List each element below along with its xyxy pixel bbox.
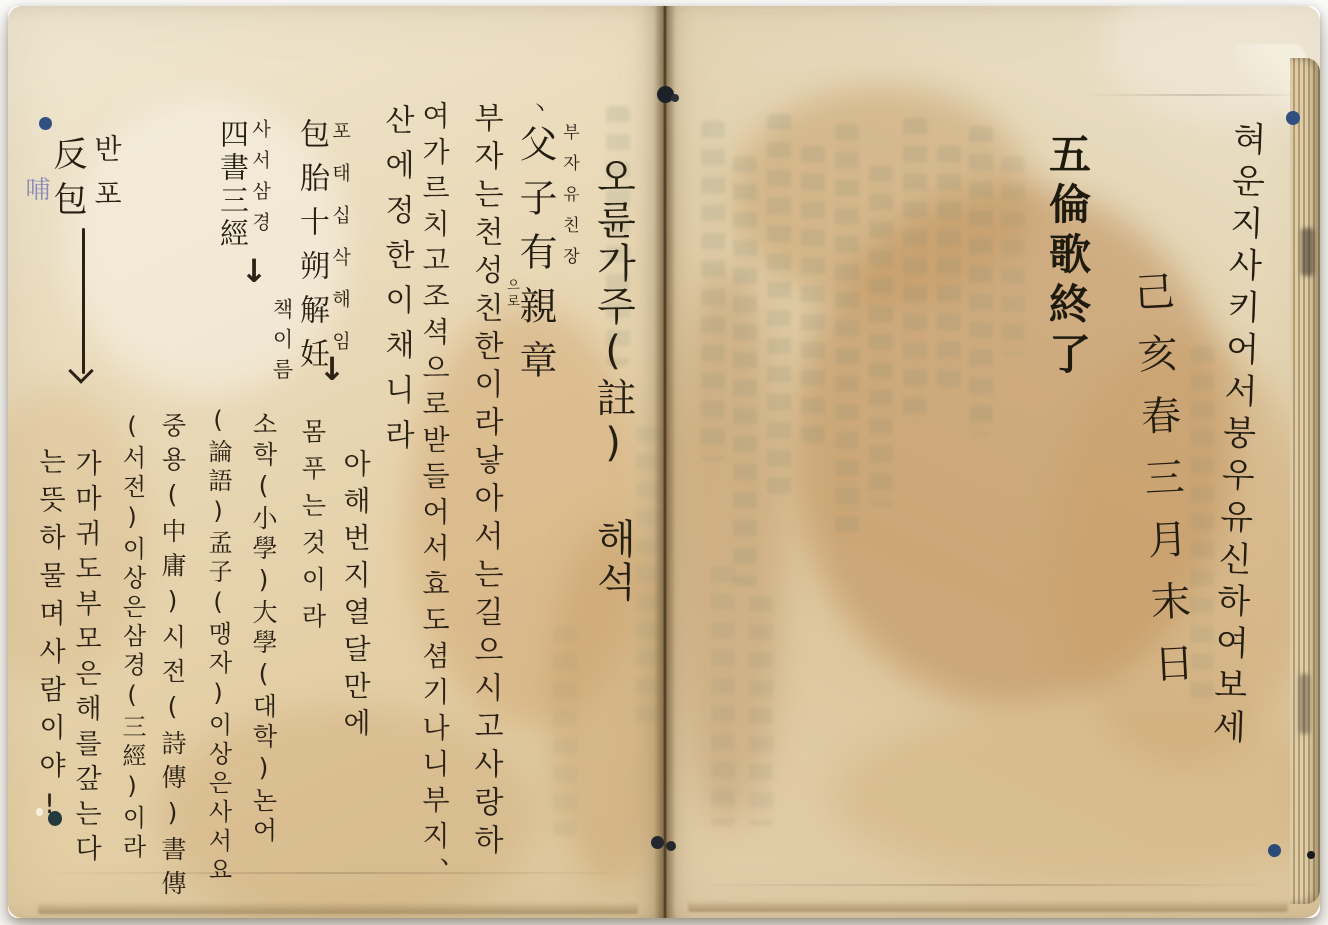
body-column-4: 아해번지열달만에 xyxy=(341,449,369,745)
page-bottom-edge xyxy=(38,902,638,914)
reading-mark: 丶 xyxy=(528,98,548,118)
stitch-hole-dot xyxy=(48,811,62,826)
right-page: 五倫歌終了 己亥春三月末日 혀운지사키어서붕우유신하여보세 xyxy=(663,6,1320,918)
body-column-2: 여가르치고조셕으로받들어서효도셤기나니부지、 xyxy=(420,101,448,893)
date-column: 己亥春三月末日 xyxy=(1130,270,1193,705)
manuscript-book: 오륜가주(註) 해석 부자유친장 丶 父子有親章 부자는천성친한이라낳아서는길으… xyxy=(8,6,1320,918)
crow-column-2: 는뜻하물며사람이야! xyxy=(36,447,63,831)
showthrough-column xyxy=(733,156,757,586)
fore-edge xyxy=(1290,58,1320,904)
chapter-ruby: 부자유친장 xyxy=(560,123,577,278)
books-column-4: (서전)이상은삼경(三經)이라 xyxy=(120,412,144,863)
books-column-3: 중용(中庸)시전(詩傳)書傳 xyxy=(160,412,185,904)
gutter-stitch-bottom-small xyxy=(666,841,676,851)
inline-insertion: 으로 xyxy=(505,278,518,310)
stitch-hole-dot xyxy=(1286,111,1300,125)
end-title-column: 五倫歌終了 xyxy=(1046,132,1088,382)
showthrough-column xyxy=(701,121,725,461)
note-potae-korean: 포태십삭해임 xyxy=(330,121,349,373)
showthrough-column xyxy=(1001,156,1025,356)
gutter-stitch-top-small xyxy=(671,94,679,102)
photo-background: 오륜가주(註) 해석 부자유친장 丶 父子有親章 부자는천성친한이라낳아서는길으… xyxy=(0,0,1328,925)
left-page: 오륜가주(註) 해석 부자유친장 丶 父子有親章 부자는천성친한이라낳아서는길으… xyxy=(8,6,663,918)
stitch-hole-dot xyxy=(39,117,52,130)
small-down-arrow-saseo: ↓ xyxy=(238,252,270,290)
note-saseo-label: 책이름 xyxy=(271,298,292,388)
long-down-arrow xyxy=(82,228,85,374)
gutter-stitch-bottom xyxy=(651,836,664,849)
punch-hole xyxy=(36,808,43,816)
body-column-3: 산에정한이채니라 xyxy=(381,104,411,464)
showthrough-column xyxy=(801,146,825,446)
stitch-hole-dot xyxy=(1268,844,1281,857)
chapter-hanja: 父子有親章 xyxy=(516,124,554,394)
books-column-1: 소학(小學)大學(대학)논어 xyxy=(251,411,276,847)
note-potae-hanja: 包胎十朔解妊 xyxy=(296,118,326,382)
body-column-1: 부자는천성친한이라낳아서는길으시고사랑하 xyxy=(470,102,500,862)
small-down-arrow-potae: ↓ xyxy=(316,350,348,388)
crease-line xyxy=(1083,94,1313,96)
book-gutter xyxy=(654,6,676,918)
note-saseo-korean: 사서삼경 xyxy=(250,119,269,243)
books-column-2: (論語)孟子(맹자)이상은사서요 xyxy=(206,406,230,886)
showthrough-column xyxy=(749,596,773,826)
page-bottom-edge xyxy=(688,900,1288,912)
stitch-hole-dot xyxy=(1307,851,1315,859)
crease-line xyxy=(33,872,648,874)
showthrough-column xyxy=(711,566,735,826)
note-banpo-hanja: 反包 xyxy=(50,136,84,226)
showthrough-column xyxy=(767,114,791,494)
note-saseo-hanja: 四書三經 xyxy=(218,119,247,251)
note-banpo-korean: 반포 xyxy=(92,134,120,224)
showthrough-column xyxy=(553,626,577,836)
showthrough-column xyxy=(835,124,859,544)
note-potae-meaning: 몸푸는것이라 xyxy=(300,418,325,640)
fore-edge-smudge xyxy=(1299,674,1310,734)
fore-edge-smudge xyxy=(1301,228,1314,276)
showthrough-column xyxy=(937,146,961,396)
showthrough-column xyxy=(869,166,893,506)
crease-line xyxy=(683,884,1283,886)
blue-correction-character: 哺 xyxy=(24,176,49,201)
title-column: 오륜가주(註) 해석 xyxy=(593,156,633,604)
long-down-arrow-head xyxy=(68,358,93,383)
verse-column-bungu-yusin: 혀운지사키어서붕우유신하여보세 xyxy=(1208,120,1264,751)
showthrough-column xyxy=(969,126,993,436)
stain xyxy=(833,706,1320,886)
showthrough-column xyxy=(903,118,927,418)
crow-column-1: 가마귀도부모은해를갚는다 xyxy=(72,449,99,869)
